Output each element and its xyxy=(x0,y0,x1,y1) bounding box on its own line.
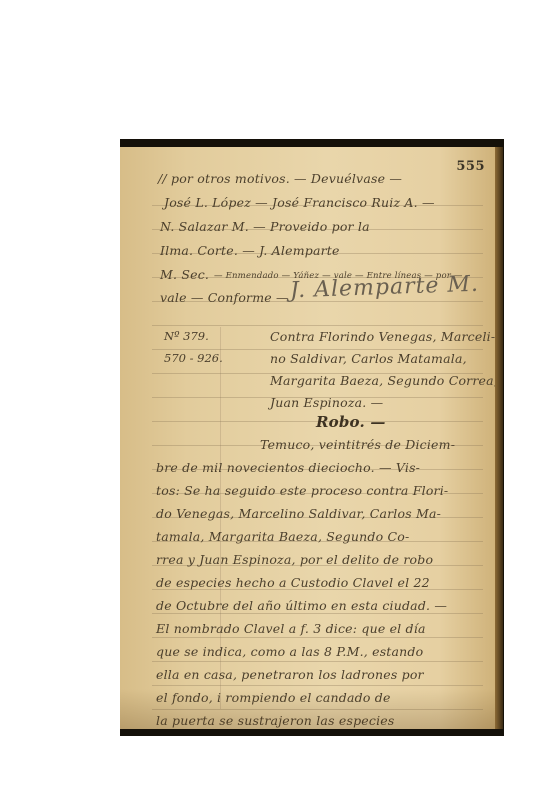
body-line: tamala, Margarita Baeza, Segundo Co- xyxy=(156,529,409,544)
body-line: tos: Se ha seguido este proceso contra F… xyxy=(156,483,448,498)
text-line: Ilma. Corte. — J. Alemparte xyxy=(160,243,340,258)
text-line: M. Sec. xyxy=(160,267,209,282)
body-line: de especies hecho a Custodio Clavel el 2… xyxy=(156,575,430,590)
body-line: la puerta se sustrajeron las especies xyxy=(156,713,394,728)
case-number: Nº 379. xyxy=(164,329,209,343)
parties-line: Juan Espinoza. — xyxy=(270,395,383,410)
body-line: do Venegas, Marcelino Saldivar, Carlos M… xyxy=(156,506,441,521)
case-reference: 570 - 926. xyxy=(164,351,223,365)
body-line: el fondo, i rompiendo el candado de xyxy=(156,690,391,705)
body-line: que se indica, como a las 8 P.M., estand… xyxy=(156,644,423,659)
parties-line: Margarita Baeza, Segundo Correa, xyxy=(270,373,495,388)
body-line: ella en casa, penetraron los ladrones po… xyxy=(156,667,424,682)
body-line: El nombrado Clavel a f. 3 dice: que el d… xyxy=(156,621,426,636)
signature: J. Alemparte M. xyxy=(290,272,480,304)
body-line: rrea y Juan Espinoza, por el delito de r… xyxy=(156,552,433,567)
book-spine-edge xyxy=(495,147,503,729)
body-line: de Octubre del año último en esta ciudad… xyxy=(156,598,447,613)
text-line: vale — Conforme — xyxy=(160,290,289,305)
parties-line: no Saldivar, Carlos Matamala, xyxy=(270,351,467,366)
ledger-page: 555 // por otros motivos. — Devuélvase —… xyxy=(120,147,495,729)
case-title: Robo. — xyxy=(316,413,386,431)
body-line: Temuco, veintitrés de Diciem- xyxy=(260,437,455,452)
text-line: // por otros motivos. — Devuélvase — xyxy=(158,171,402,186)
body-line: bre de mil novecientos dieciocho. — Vis- xyxy=(156,460,420,475)
text-line: N. Salazar M. — Proveido por la xyxy=(160,219,370,234)
page-number: 555 xyxy=(456,159,485,174)
text-line: José L. López — José Francisco Ruiz A. — xyxy=(164,195,435,210)
parties-line: Contra Florindo Venegas, Marceli- xyxy=(270,329,495,344)
